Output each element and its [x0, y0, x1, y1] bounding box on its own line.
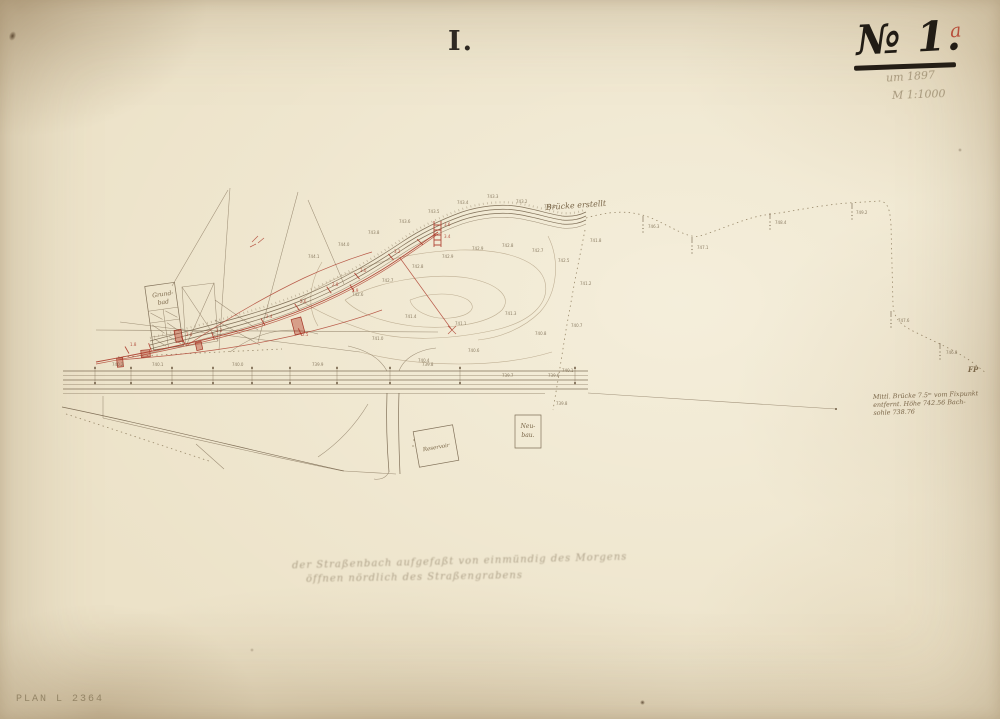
- survey-dot: [851, 211, 852, 212]
- spot-height: 739.8: [556, 401, 568, 406]
- spot-height: 3.6: [444, 222, 451, 227]
- survey-point-marker: [769, 213, 770, 230]
- spot-height: 748.4: [775, 220, 787, 225]
- survey-dot: [769, 221, 770, 222]
- spot-height: 740.1: [152, 362, 164, 367]
- fixpoint-label: FP: [967, 365, 979, 374]
- spot-height: 739.6: [548, 373, 560, 378]
- spot-height: 739.7: [502, 373, 514, 378]
- spot-height: 740.7: [571, 323, 583, 328]
- survey-dot: [769, 228, 770, 229]
- survey-dot: [851, 218, 852, 219]
- pole-dot: [94, 382, 96, 384]
- spot-height: 747.1: [697, 245, 709, 250]
- spot-height: 1.8: [130, 342, 137, 347]
- spot-height: 739.8: [422, 362, 434, 367]
- pole-dot: [389, 367, 391, 369]
- contour-lines: [300, 236, 556, 364]
- spot-height: 743.3: [487, 194, 499, 199]
- reservoir-label: Reservoir: [422, 443, 451, 454]
- spot-height: 2.0: [186, 332, 193, 337]
- pole-dot: [212, 382, 214, 384]
- spot-height: 2.2: [216, 328, 223, 333]
- survey-point-marker: [642, 216, 643, 233]
- spot-height: 746.8: [946, 350, 958, 355]
- scanned-plan-page: I. № 1. a um 1897 M 1:1000: [0, 0, 1000, 719]
- survey-dot: [890, 323, 891, 324]
- pole-dot: [459, 382, 461, 384]
- pole-dot: [251, 382, 253, 384]
- spot-height: 741.1: [455, 321, 467, 326]
- spot-height: 2.5: [302, 332, 309, 337]
- road-rail-corridor: [63, 349, 837, 410]
- spot-height: 3.4: [444, 234, 451, 239]
- survey-dot: [890, 326, 891, 327]
- survey-dotted-line: [553, 201, 986, 410]
- spot-height: 747.6: [898, 318, 910, 323]
- spot-height: 740.1: [562, 368, 574, 373]
- spot-height: 741.8: [590, 238, 602, 243]
- spot-height: 740.8: [535, 331, 547, 336]
- level-note-line-3: sohle 738.76: [873, 408, 915, 417]
- spot-height: 741.4: [405, 314, 417, 319]
- pole-dot: [171, 382, 173, 384]
- new-building-square: Neu- bau.: [515, 415, 541, 448]
- survey-dot: [691, 252, 692, 253]
- spot-height: 742.7: [532, 248, 544, 253]
- pole-dot: [212, 367, 214, 369]
- survey-dot: [939, 358, 940, 359]
- pole-dot: [336, 382, 338, 384]
- reservoir-square: Reservoir: [412, 425, 458, 467]
- spot-height: 739.9: [312, 362, 324, 367]
- pole-dot: [289, 367, 291, 369]
- spot-height: 743.8: [368, 230, 380, 235]
- survey-dot: [939, 351, 940, 352]
- survey-point-markers: [642, 203, 940, 360]
- survey-dot: [769, 225, 770, 226]
- bath-house-label-2: bad: [157, 298, 169, 307]
- spot-height: 746.3: [648, 224, 660, 229]
- pole-dot: [94, 367, 96, 369]
- pole-dot: [574, 367, 576, 369]
- pole-dot: [574, 382, 576, 384]
- spot-height: 741.2: [580, 281, 592, 286]
- spot-height: 2.9: [352, 288, 359, 293]
- spot-height: 741.0: [372, 336, 384, 341]
- spot-height: 741.3: [505, 311, 517, 316]
- pole-dot: [459, 367, 461, 369]
- pole-dot: [336, 367, 338, 369]
- pole-dot: [251, 367, 253, 369]
- survey-dot: [642, 231, 643, 232]
- pole-dot: [130, 382, 132, 384]
- spot-height: 742.9: [442, 254, 454, 259]
- spot-height: 740.0: [232, 362, 244, 367]
- survey-dot: [691, 249, 692, 250]
- spot-height-numbers: 744.1744.0743.8743.6743.5743.4743.3743.2…: [112, 194, 958, 406]
- new-building-label-2: bau.: [521, 432, 534, 439]
- map-drawing: 744.1744.0743.8743.6743.5743.4743.3743.2…: [0, 0, 1000, 719]
- survey-dot: [691, 245, 692, 246]
- survey-dot: [642, 228, 643, 229]
- spot-height: 743.4: [457, 200, 469, 205]
- survey-point-marker: [851, 203, 852, 220]
- red-section-tick: [125, 347, 129, 354]
- pole-dot: [389, 382, 391, 384]
- pole-dot: [289, 382, 291, 384]
- spot-height: 3.0: [360, 268, 367, 273]
- spot-height: 2.6: [300, 299, 307, 304]
- level-note-block: Mittl. Brücke 7.5ᵐ vom Fixpunkt entfernt…: [872, 389, 980, 417]
- pole-dot: [130, 367, 132, 369]
- new-building-label-1: Neu-: [520, 423, 536, 430]
- spot-height: 749.2: [856, 210, 868, 215]
- survey-dot: [939, 355, 940, 356]
- lower-left-paths: [62, 396, 344, 471]
- survey-point-marker: [691, 237, 692, 254]
- spot-height: 740.6: [468, 348, 480, 353]
- red-project-lines: [96, 221, 456, 367]
- spot-height: 742.8: [412, 264, 424, 269]
- survey-dot: [851, 215, 852, 216]
- bath-house-label-1: Grund-: [152, 290, 174, 300]
- pole-dot: [171, 367, 173, 369]
- spot-height: 3.2: [394, 249, 401, 254]
- survey-dot: [642, 224, 643, 225]
- spot-height: 742.5: [558, 258, 570, 263]
- spot-height: 743.2: [516, 199, 528, 204]
- spot-height: 744.1: [308, 254, 320, 259]
- survey-point-marker: [939, 343, 940, 360]
- spot-height: 740.2: [112, 362, 124, 367]
- spot-height: 2.8: [332, 282, 339, 287]
- survey-dot: [890, 319, 891, 320]
- archive-stamp: PLAN L 2364: [16, 694, 104, 705]
- spot-height: 742.7: [382, 278, 394, 283]
- spot-height: 743.5: [428, 209, 440, 214]
- survey-point-marker: [890, 311, 891, 328]
- spot-height: 2.4: [266, 314, 273, 319]
- survey-rays: [96, 188, 438, 352]
- spot-height: 744.0: [338, 242, 350, 247]
- spot-height: 743.6: [399, 219, 411, 224]
- spot-height: 742.9: [472, 246, 484, 251]
- bridge-note-label: Brücke erstellt: [545, 199, 608, 212]
- spot-height: 742.8: [502, 243, 514, 248]
